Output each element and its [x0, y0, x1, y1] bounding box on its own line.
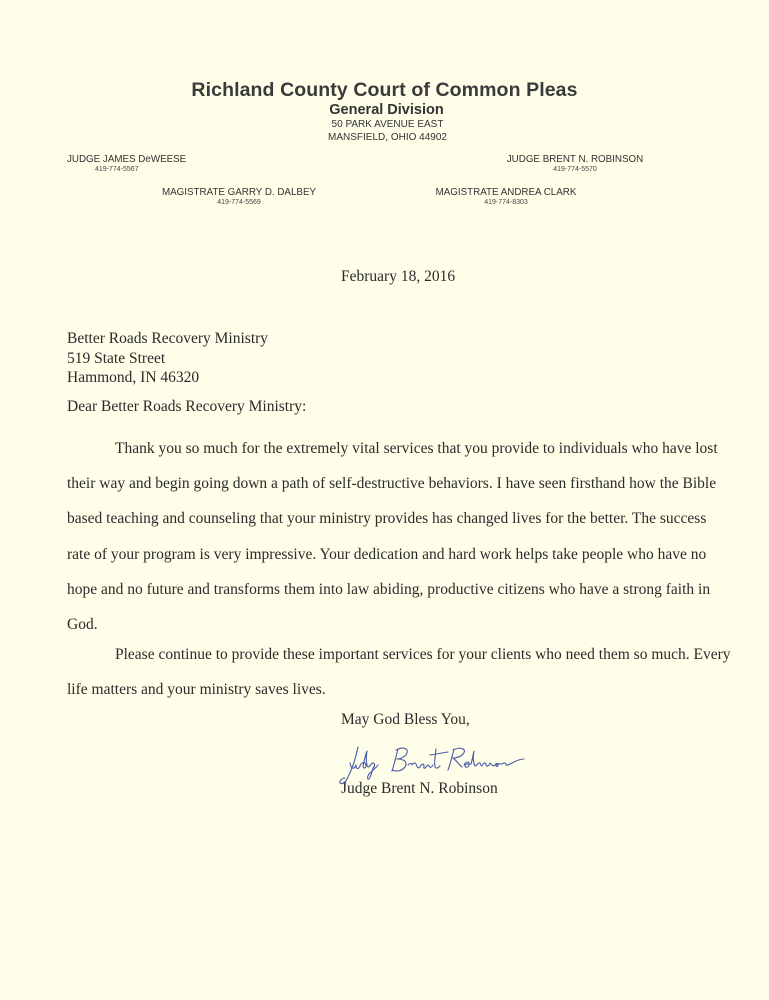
court-city-address: MANSFIELD, OHIO 44902 [0, 132, 769, 143]
official-name: MAGISTRATE GARRY D. DALBEY [158, 187, 320, 198]
letter-date: February 18, 2016 [341, 268, 455, 286]
official-phone: 419-774-8303 [431, 199, 581, 206]
recipient-city: Hammond, IN 46320 [67, 368, 268, 388]
official-phone: 419-774-5569 [158, 199, 320, 206]
recipient-address: Better Roads Recovery Ministry 519 State… [67, 329, 268, 388]
signer-name: Judge Brent N. Robinson [341, 780, 498, 798]
court-division: General Division [0, 102, 769, 118]
official-name: JUDGE BRENT N. ROBINSON [505, 154, 645, 165]
court-name: Richland County Court of Common Pleas [0, 79, 769, 102]
official-magistrate-dalbey: MAGISTRATE GARRY D. DALBEY 419-774-5569 [158, 187, 320, 206]
recipient-name: Better Roads Recovery Ministry [67, 329, 268, 349]
closing: May God Bless You, [341, 711, 470, 729]
official-name: JUDGE JAMES DeWEESE [67, 154, 193, 165]
official-judge-robinson: JUDGE BRENT N. ROBINSON 419-774-5570 [505, 154, 645, 173]
official-phone: 419-774-5570 [505, 166, 645, 173]
court-street-address: 50 PARK AVENUE EAST [0, 119, 769, 130]
salutation: Dear Better Roads Recovery Ministry: [67, 398, 306, 416]
official-name: MAGISTRATE ANDREA CLARK [431, 187, 581, 198]
recipient-street: 519 State Street [67, 349, 268, 369]
official-phone: 419-774-5567 [67, 166, 193, 173]
official-judge-deweese: JUDGE JAMES DeWEESE 419-774-5567 [67, 154, 193, 173]
body-paragraph: Thank you so much for the extremely vita… [67, 431, 732, 642]
official-magistrate-clark: MAGISTRATE ANDREA CLARK 419-774-8303 [431, 187, 581, 206]
body-paragraph: Please continue to provide these importa… [67, 637, 732, 707]
